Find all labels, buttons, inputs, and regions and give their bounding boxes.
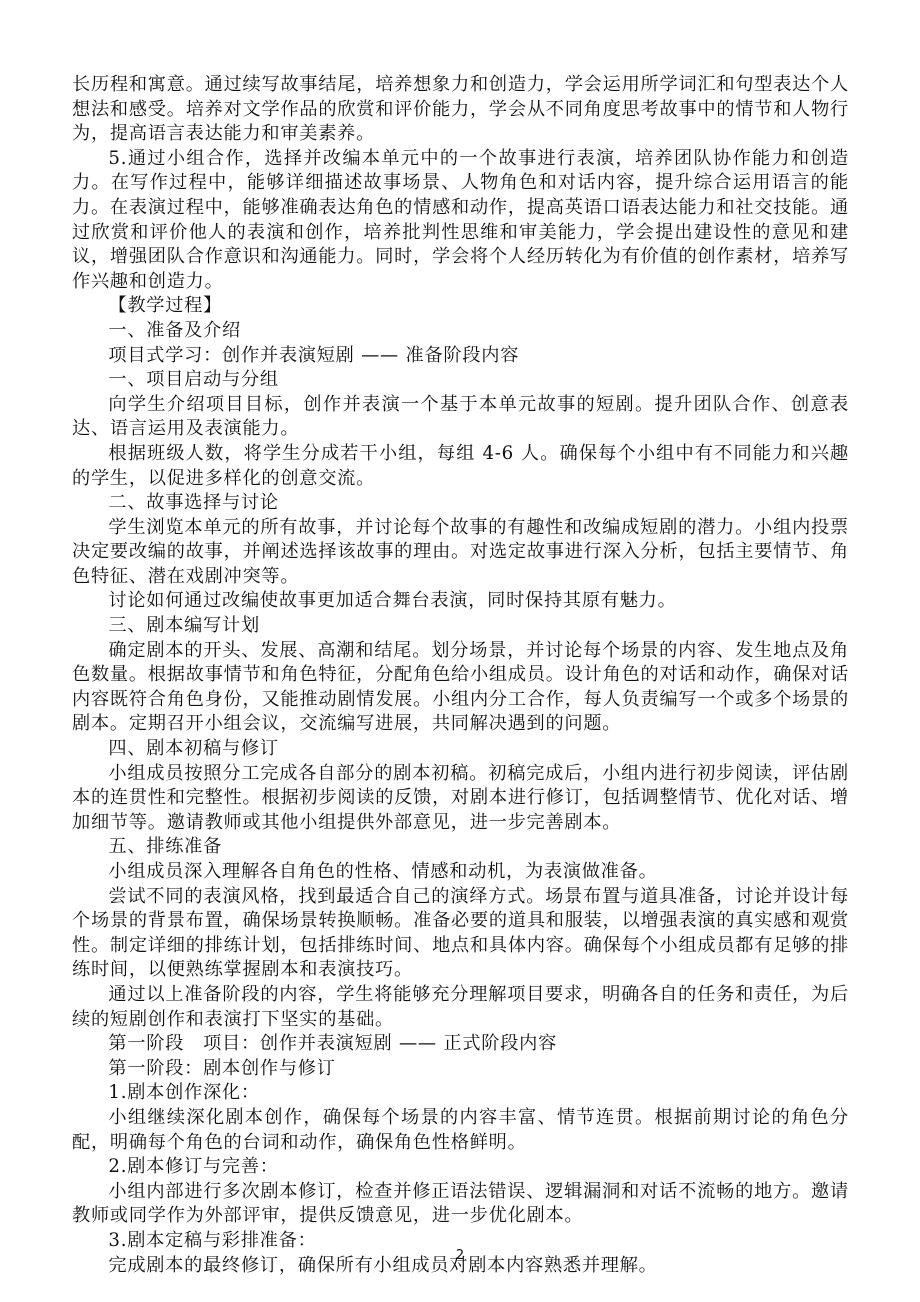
item-1-heading: 1.剧本创作深化： [72, 1081, 849, 1106]
paragraph-project-goal: 向学生介绍项目目标，创作并表演一个基于本单元故事的短剧。提升团队合作、创意表达、… [72, 393, 849, 442]
heading-teaching-process: 【教学过程】 [72, 294, 849, 319]
subheading-project-prep: 项目式学习：创作并表演短剧 —— 准备阶段内容 [72, 344, 849, 369]
paragraph-story-adapt: 讨论如何通过改编使故事更加适合舞台表演，同时保持其原有魅力。 [72, 589, 849, 614]
paragraph-objectives-continued: 长历程和寓意。通过续写故事结尾，培养想象力和创造力，学会运用所学词汇和句型表达个… [72, 73, 849, 147]
heading-project-launch: 一、项目启动与分组 [72, 368, 849, 393]
subheading-stage-one-project: 第一阶段 项目：创作并表演短剧 —— 正式阶段内容 [72, 1032, 849, 1057]
heading-script-plan: 三、剧本编写计划 [72, 614, 849, 639]
item-2-text: 小组内部进行多次剧本修订，检查并修正语法错误、逻辑漏洞和对话不流畅的地方。邀请教… [72, 1180, 849, 1229]
paragraph-role-understanding: 小组成员深入理解各自角色的性格、情感和动机，为表演做准备。 [72, 860, 849, 885]
paragraph-prep-summary: 通过以上准备阶段的内容，学生将能够充分理解项目要求，明确各自的任务和责任，为后续… [72, 983, 849, 1032]
document-page: 长历程和寓意。通过续写故事结尾，培养想象力和创造力，学会运用所学词汇和句型表达个… [72, 73, 849, 1278]
paragraph-story-browse: 学生浏览本单元的所有故事，并讨论每个故事的有趣性和改编成短剧的潜力。小组内投票决… [72, 516, 849, 590]
paragraph-objective-5: 5.通过小组合作，选择并改编本单元中的一个故事进行表演，培养团队协作能力和创造力… [72, 147, 849, 295]
heading-story-selection: 二、故事选择与讨论 [72, 491, 849, 516]
paragraph-rehearsal-plan: 尝试不同的表演风格，找到最适合自己的演绎方式。场景布置与道具准备，讨论并设计每个… [72, 885, 849, 983]
paragraph-script-draft: 小组成员按照分工完成各自部分的剧本初稿。初稿完成后，小组内进行初步阅读，评估剧本… [72, 762, 849, 836]
heading-rehearsal-prep: 五、排练准备 [72, 835, 849, 860]
heading-script-draft: 四、剧本初稿与修订 [72, 737, 849, 762]
paragraph-script-plan: 确定剧本的开头、发展、高潮和结尾。划分场景，并讨论每个场景的内容、发生地点及角色… [72, 639, 849, 737]
item-2-heading: 2.剧本修订与完善： [72, 1155, 849, 1180]
heading-preparation-intro: 一、准备及介绍 [72, 319, 849, 344]
paragraph-grouping: 根据班级人数，将学生分成若干小组，每组 4-6 人。确保每个小组中有不同能力和兴… [72, 442, 849, 491]
subheading-stage-one: 第一阶段：剧本创作与修订 [72, 1057, 849, 1082]
item-1-text: 小组继续深化剧本创作，确保每个场景的内容丰富、情节连贯。根据前期讨论的角色分配，… [72, 1106, 849, 1155]
page-number: 2 [0, 1248, 920, 1263]
